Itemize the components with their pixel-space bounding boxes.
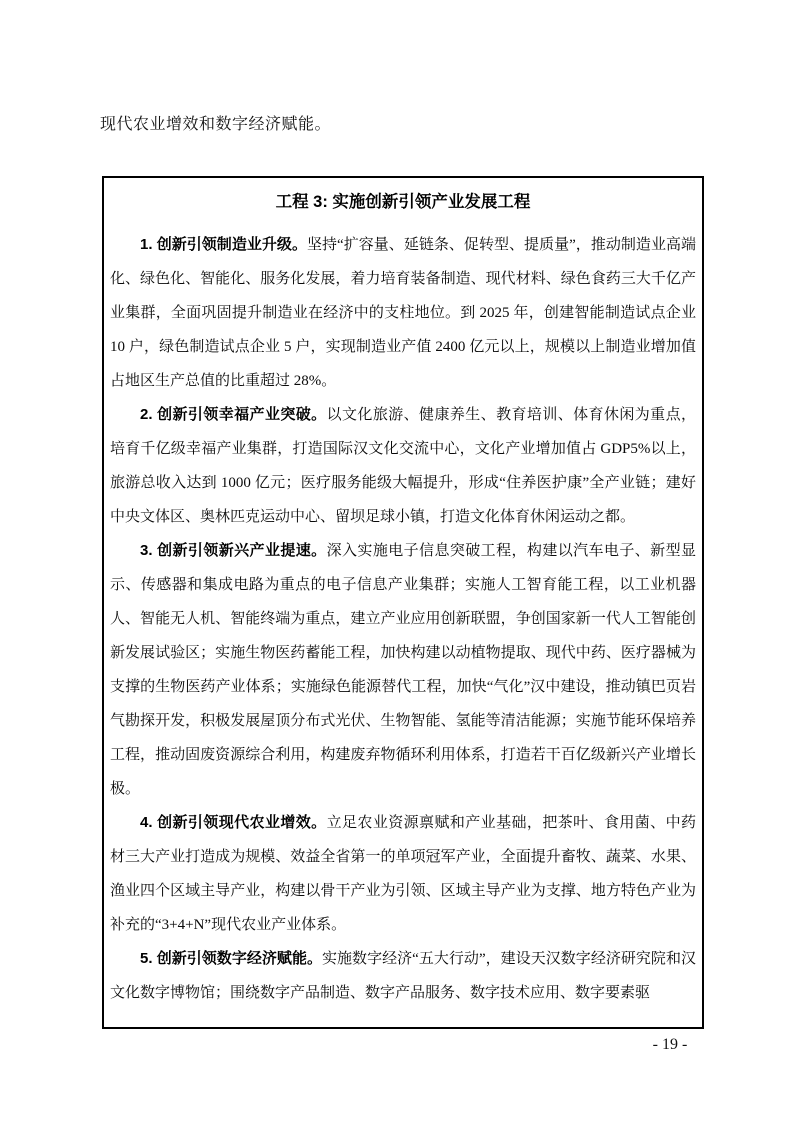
paragraph-lead: 1. 创新引领制造业升级。: [140, 236, 307, 253]
paragraph: 1. 创新引领制造业升级。坚持“扩容量、延链条、促转型、提质量”，推动制造业高端…: [110, 228, 696, 398]
paragraph-lead: 3. 创新引领新兴产业提速。: [140, 542, 327, 559]
paragraph-body: 深入实施电子信息突破工程，构建以汽车电子、新型显示、传感器和集成电路为重点的电子…: [110, 543, 696, 797]
paragraph-body: 以文化旅游、健康养生、教育培训、体育休闲为重点，培育千亿级幸福产业集群，打造国际…: [110, 407, 696, 525]
paragraph: 2. 创新引领幸福产业突破。以文化旅游、健康养生、教育培训、体育休闲为重点，培育…: [110, 398, 696, 534]
paragraph: 5. 创新引领数字经济赋能。实施数字经济“五大行动”，建设天汉数字经济研究院和汉…: [110, 942, 696, 1010]
box-body: 1. 创新引领制造业升级。坚持“扩容量、延链条、促转型、提质量”，推动制造业高端…: [110, 228, 696, 1010]
paragraph-body: 立足农业资源禀赋和产业基础，把茶叶、食用菌、中药材三大产业打造成为规模、效益全省…: [110, 815, 696, 933]
paragraph: 4. 创新引领现代农业增效。立足农业资源禀赋和产业基础，把茶叶、食用菌、中药材三…: [110, 806, 696, 942]
paragraph-body: 坚持“扩容量、延链条、促转型、提质量”，推动制造业高端化、绿色化、智能化、服务化…: [110, 237, 696, 389]
paragraph: 3. 创新引领新兴产业提速。深入实施电子信息突破工程，构建以汽车电子、新型显示、…: [110, 534, 696, 806]
page-number: - 19 -: [640, 1036, 700, 1054]
box-title: 工程 3: 实施创新引领产业发展工程: [110, 190, 696, 214]
paragraph-lead: 2. 创新引领幸福产业突破。: [140, 406, 327, 423]
paragraph-lead: 5. 创新引领数字经济赋能。: [140, 950, 322, 967]
document-page: 现代农业增效和数字经济赋能。 工程 3: 实施创新引领产业发展工程 1. 创新引…: [0, 0, 793, 1122]
project-box: 工程 3: 实施创新引领产业发展工程 1. 创新引领制造业升级。坚持“扩容量、延…: [102, 176, 704, 1029]
paragraph-lead: 4. 创新引领现代农业增效。: [140, 814, 327, 831]
intro-text: 现代农业增效和数字经济赋能。: [100, 112, 700, 138]
